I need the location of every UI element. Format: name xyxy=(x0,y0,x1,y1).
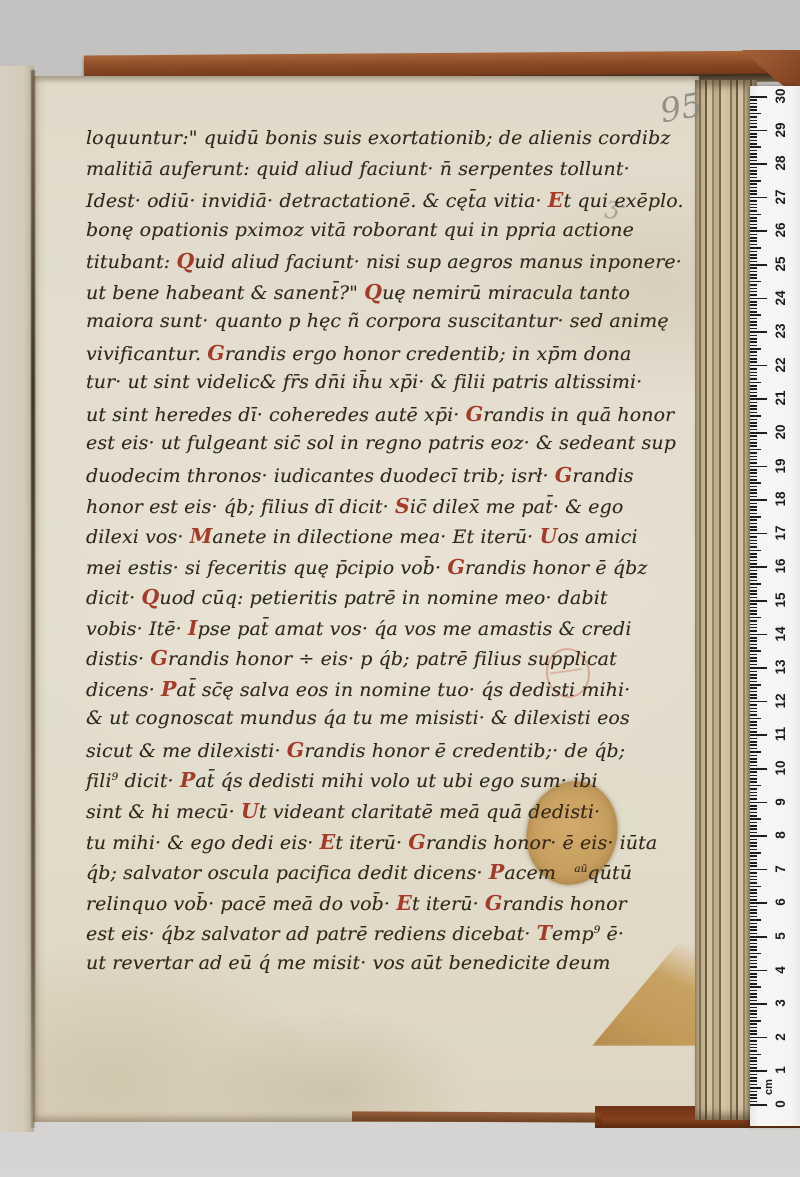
ruler-tick xyxy=(750,435,757,437)
ruler-tick xyxy=(750,889,757,891)
manuscript-line: Idest· odiū· invidiā· detractationē. & c… xyxy=(86,188,666,219)
ruler-tick xyxy=(750,1047,757,1049)
ruler-tick xyxy=(750,513,757,515)
ruler-tick xyxy=(750,711,757,713)
ruler-tick xyxy=(750,251,757,253)
ruler-tick xyxy=(750,724,757,726)
ruler-tick xyxy=(750,976,757,978)
ruler-tick xyxy=(750,802,767,804)
rubric-initial: G xyxy=(485,891,503,915)
text-run: qūtū xyxy=(587,862,632,884)
ruler-tick xyxy=(750,613,757,615)
ruler-tick xyxy=(750,425,757,427)
manuscript-line: ut sint heredes dī· coheredes autē xp̄i·… xyxy=(86,402,666,433)
ruler-tick xyxy=(750,466,767,468)
ruler-tick xyxy=(750,536,757,538)
ruler-tick xyxy=(750,496,757,498)
rubric-initial: U xyxy=(539,524,557,548)
ruler-tick xyxy=(750,701,767,703)
ruler-tick xyxy=(750,351,757,353)
text-run: aū xyxy=(574,863,587,875)
ruler-tick xyxy=(750,523,757,525)
manuscript-line: ut bene habeant & sanent̄?" Quę nemirū m… xyxy=(86,280,666,311)
manuscript-line: titubant: Quid aliud faciunt· nisi sup a… xyxy=(86,249,666,280)
ruler-tick xyxy=(750,415,761,417)
ruler-tick xyxy=(750,876,757,878)
text-run: duodecim thronos· iudicantes duodecī tri… xyxy=(86,465,555,487)
ruler-tick xyxy=(750,180,761,182)
ruler-tick xyxy=(750,254,757,256)
ruler-tick xyxy=(750,382,761,384)
rubric-initial: G xyxy=(207,341,225,365)
ruler-tick xyxy=(750,741,757,743)
ruler-tick xyxy=(750,963,757,965)
ruler-tick xyxy=(750,140,757,142)
ruler-tick xyxy=(750,422,757,424)
ruler-tick xyxy=(750,207,757,209)
ruler-tick xyxy=(750,227,757,229)
ruler-tick xyxy=(750,486,757,488)
ruler-tick xyxy=(750,1077,757,1079)
ruler-tick xyxy=(750,654,757,656)
text-run: anete in dilectione mea· Et iterū· xyxy=(212,526,539,548)
ruler-tick xyxy=(750,765,757,767)
text-run: tu mihi· & ego dedi eis· xyxy=(86,832,320,854)
ruler-tick xyxy=(750,603,757,605)
ruler-tick xyxy=(750,775,757,777)
rubric-initial: P xyxy=(161,677,177,701)
ruler-tick xyxy=(750,173,757,175)
ruler-tick xyxy=(750,556,757,558)
text-run: titubant: xyxy=(86,251,176,273)
ruler-tick xyxy=(750,664,757,666)
text-run: randis in quā honor xyxy=(483,404,674,426)
ruler-tick xyxy=(750,224,757,226)
ruler-tick xyxy=(750,183,757,185)
ruler-tick xyxy=(750,1007,757,1009)
ruler-tick xyxy=(750,697,757,699)
rubric-initial: M xyxy=(190,524,213,548)
ruler-tick xyxy=(750,634,767,636)
ruler-tick xyxy=(750,113,761,115)
ruler-tick xyxy=(750,160,757,162)
ruler-tick xyxy=(750,842,757,844)
book-cover-bottom-sliver xyxy=(352,1111,602,1122)
ruler-tick xyxy=(750,402,757,404)
text-run: randis honor ē credentib;· de q́b; xyxy=(304,740,625,762)
manuscript-line: sint & hi mecū· Ut videant claritatē meā… xyxy=(86,799,666,830)
ruler-tick xyxy=(750,345,757,347)
text-run: honor est eis· q́b; filius dī dicit· xyxy=(86,496,395,518)
folio-number: 95 xyxy=(657,85,705,131)
ruler-tick xyxy=(750,748,757,750)
ruler-tick xyxy=(750,445,757,447)
ruler-tick xyxy=(750,136,757,138)
text-run: emp xyxy=(552,923,594,945)
ruler-tick xyxy=(750,1000,757,1002)
ruler-tick xyxy=(750,190,757,192)
ruler-tick xyxy=(750,361,757,363)
text-run: est eis· ut fulgeant sic̄ sol in regno p… xyxy=(86,432,676,454)
ruler-tick xyxy=(750,204,757,206)
ruler-tick xyxy=(750,298,767,300)
ruler-tick xyxy=(750,607,757,609)
ruler-tick xyxy=(750,627,757,629)
ruler-tick xyxy=(750,671,757,673)
manuscript-line: est eis· ut fulgeant sic̄ sol in regno p… xyxy=(86,432,666,463)
manuscript-line: & ut cognoscat mundus q́a tu me misisti·… xyxy=(86,707,666,738)
rubric-initial: E xyxy=(548,188,564,212)
ruler-tick xyxy=(750,1091,757,1093)
ruler-tick xyxy=(750,314,761,316)
ruler-tick xyxy=(750,324,757,326)
ruler-tick xyxy=(750,328,757,330)
ruler-tick xyxy=(750,388,757,390)
ruler-tick xyxy=(750,872,757,874)
ruler-tick xyxy=(750,257,757,259)
ruler-tick xyxy=(750,758,757,760)
manuscript-line: relinquo vob̄· pacē meā do vob̄· Et iter… xyxy=(86,891,666,922)
ruler-tick xyxy=(750,96,767,98)
ruler-tick xyxy=(750,580,757,582)
ruler-tick xyxy=(750,553,757,555)
ruler-tick xyxy=(750,822,757,824)
ruler-tick xyxy=(750,1010,757,1012)
ruler-tick xyxy=(750,284,757,286)
text-run: t iterū· xyxy=(335,832,408,854)
ruler-tick xyxy=(750,432,767,434)
text-run: malitiā auferunt: quid aliud faciunt· n̄… xyxy=(86,158,630,180)
manuscript-line: bonę opationis pximoz vitā roborant qui … xyxy=(86,219,666,250)
ruler-tick xyxy=(750,1020,761,1022)
ruler-tick xyxy=(750,996,757,998)
ruler-tick xyxy=(750,550,761,552)
ruler-tick xyxy=(750,412,757,414)
rubric-initial: G xyxy=(150,646,168,670)
ruler-tick xyxy=(750,506,757,508)
ruler-tick xyxy=(750,1044,757,1046)
ruler-tick xyxy=(750,879,757,881)
manuscript-line: q́b; salvator oscula pacifica dedit dice… xyxy=(86,860,666,891)
ruler-tick xyxy=(750,600,767,602)
text-run: at̄ q́s dedisti mihi volo ut ubi ego sum… xyxy=(195,770,597,792)
ruler-tick xyxy=(750,456,757,458)
ruler-tick xyxy=(750,469,757,471)
ruler-tick xyxy=(750,892,757,894)
ruler-tick xyxy=(750,637,757,639)
text-run: randis xyxy=(572,465,633,487)
ruler-tick xyxy=(750,311,757,313)
text-run: ic̄ dilex̄ me pat̄· & ego xyxy=(410,496,624,518)
ruler-tick xyxy=(750,492,757,494)
text-run: distis· xyxy=(86,648,150,670)
ruler-tick xyxy=(750,442,757,444)
ruler-tick xyxy=(750,862,757,864)
ruler-tick xyxy=(750,1101,757,1103)
text-run: Idest· odiū· invidiā· detractationē. & c… xyxy=(86,190,548,212)
manuscript-line: dilexi vos· Manete in dilectione mea· Et… xyxy=(86,524,666,555)
ruler-tick xyxy=(750,983,757,985)
rubric-initial: Q xyxy=(141,585,159,609)
ruler-tick xyxy=(750,358,757,360)
ruler-tick xyxy=(750,1057,757,1059)
ruler-tick xyxy=(750,120,757,122)
rubric-initial: G xyxy=(447,555,465,579)
manuscript-line: tu mihi· & ego dedi eis· Et iterū· Grand… xyxy=(86,830,666,861)
ruler-tick xyxy=(750,341,757,343)
ruler-tick xyxy=(750,177,757,179)
text-run: randis honor ÷ eis· p q́b; patrē filius … xyxy=(168,648,617,670)
ruler-tick xyxy=(750,1070,767,1072)
text-run: dicit· xyxy=(118,770,180,792)
ruler-tick xyxy=(750,751,761,753)
ruler-tick xyxy=(750,99,757,101)
ruler-tick xyxy=(750,563,757,565)
text-run: bonę opationis pximoz vitā roborant qui … xyxy=(86,219,634,241)
ruler-tick xyxy=(750,499,767,501)
ruler-tick xyxy=(750,150,757,152)
text-run: vivificantur. xyxy=(86,343,207,365)
ruler-tick xyxy=(750,214,761,216)
manuscript-line: duodecim thronos· iudicantes duodecī tri… xyxy=(86,463,666,494)
ruler-tick xyxy=(750,459,757,461)
manuscript-line: ut revertar ad eū q́ me misit· vos aūt b… xyxy=(86,952,666,983)
ruler-tick xyxy=(750,835,767,837)
ruler-tick xyxy=(750,405,757,407)
ruler-tick xyxy=(750,923,757,925)
ruler-tick xyxy=(750,1003,767,1005)
ruler-tick xyxy=(750,1040,757,1042)
ruler-tick xyxy=(750,960,757,962)
ruler-tick xyxy=(750,533,767,535)
text-run: loquuntur:" quidū bonis suis exortationi… xyxy=(86,127,670,149)
ruler-tick xyxy=(750,919,761,921)
ruler-tick xyxy=(750,667,767,669)
text-run: ut revertar ad eū q́ me misit· vos aūt b… xyxy=(86,952,611,974)
ruler-tick xyxy=(750,479,757,481)
text-run: os amici xyxy=(557,526,637,548)
rubric-initial: U xyxy=(241,799,259,823)
ruler-tick xyxy=(750,721,757,723)
ruler-tick xyxy=(750,956,757,958)
ruler-tick xyxy=(750,768,767,770)
ruler-tick xyxy=(750,990,757,992)
manuscript-line: vivificantur. Grandis ergo honor credent… xyxy=(86,341,666,372)
ruler-tick xyxy=(750,187,757,189)
text-run: dilexi vos· xyxy=(86,526,190,548)
manuscript-line: malitiā auferunt: quid aliud faciunt· n̄… xyxy=(86,158,666,189)
rubric-initial: E xyxy=(396,891,412,915)
ruler-tick xyxy=(750,163,767,165)
ruler-tick xyxy=(750,123,757,125)
ruler-tick xyxy=(750,267,757,269)
ruler-tick xyxy=(750,449,761,451)
ruler-tick xyxy=(750,714,757,716)
ruler-tick xyxy=(750,220,757,222)
ruler-tick xyxy=(750,728,757,730)
ruler-tick xyxy=(750,755,757,757)
text-run: ut sint heredes dī· coheredes autē xp̄i· xyxy=(86,404,466,426)
ruler-tick xyxy=(750,677,757,679)
ruler-tick xyxy=(750,936,767,938)
ruler-tick xyxy=(750,704,757,706)
ruler-tick xyxy=(750,331,767,333)
manuscript-photo: 95 ʒ· loquuntur:" quidū bonis suis exort… xyxy=(0,0,800,1177)
manuscript-line: distis· Grandis honor ÷ eis· p q́b; patr… xyxy=(86,646,666,677)
manuscript-line: tur· ut sint videlic& fr̄s dn̄i ih̄u xp̄… xyxy=(86,371,666,402)
ruler-tick xyxy=(750,398,767,400)
manuscript-line: honor est eis· q́b; filius dī dicit· Sic… xyxy=(86,494,666,525)
ruler-tick xyxy=(750,153,757,155)
text-run: at̄ sc̄ę salva eos in nomine tuo· q́s de… xyxy=(177,679,631,701)
text-run: relinquo vob̄· pacē meā do vob̄· xyxy=(86,893,396,915)
ruler-tick xyxy=(750,395,757,397)
ruler-tick xyxy=(750,943,757,945)
ruler-tick xyxy=(750,926,757,928)
ruler-tick xyxy=(750,845,757,847)
text-run: t videant claritatē meā quā dedisti· xyxy=(259,801,600,823)
ruler-tick xyxy=(750,1087,761,1089)
ruler-tick xyxy=(750,143,757,145)
ruler-tick xyxy=(750,986,761,988)
rubric-initial: S xyxy=(395,494,410,518)
ruler-tick xyxy=(750,408,757,410)
ruler-tick xyxy=(750,230,767,232)
ruler-tick xyxy=(750,281,761,283)
manuscript-line: fili9 dicit· Pat̄ q́s dedisti mihi volo … xyxy=(86,768,666,799)
rubric-initial: E xyxy=(320,830,336,854)
ruler-tick xyxy=(750,966,757,968)
rubric-initial: G xyxy=(555,463,573,487)
ruler-tick xyxy=(750,106,757,108)
text-run: uid aliud faciunt· nisi sup aegros manus… xyxy=(194,251,682,273)
ruler-tick xyxy=(750,839,757,841)
ruler-tick xyxy=(750,1064,757,1066)
ruler: 0123456789101112131415161718192021222324… xyxy=(750,86,800,1126)
ruler-tick xyxy=(750,761,757,763)
ruler-tick xyxy=(750,529,757,531)
ruler-tick xyxy=(750,274,757,276)
ruler-tick xyxy=(750,933,757,935)
manuscript-line: dicens· Pat̄ sc̄ę salva eos in nomine tu… xyxy=(86,677,666,708)
ruler-tick xyxy=(750,1074,757,1076)
ruler-tick xyxy=(750,1017,757,1019)
ruler-tick xyxy=(750,1033,757,1035)
ruler-tick xyxy=(750,566,767,568)
ruler-tick xyxy=(750,808,757,810)
ruler-tick xyxy=(750,828,757,830)
ruler-tick xyxy=(750,1060,757,1062)
text-run: t qui exēplo. xyxy=(564,190,684,212)
ruler-tick xyxy=(750,620,757,622)
ruler-tick xyxy=(750,244,757,246)
ruler-tick xyxy=(750,855,757,857)
text-run: est eis· q́bz salvator ad patrē rediens … xyxy=(86,923,537,945)
ruler-tick xyxy=(750,335,757,337)
text-run: sicut & me dilexisti· xyxy=(86,740,287,762)
ruler-tick xyxy=(750,503,757,505)
ruler-tick xyxy=(750,234,757,236)
ruler-tick xyxy=(750,812,757,814)
rubric-initial: I xyxy=(188,616,198,640)
ruler-tick xyxy=(750,886,761,888)
rubric-initial: Q xyxy=(364,280,382,304)
ruler-tick xyxy=(750,240,757,242)
ruler-tick xyxy=(750,261,757,263)
manuscript-line: est eis· q́bz salvator ad patrē rediens … xyxy=(86,921,666,952)
ruler-tick xyxy=(750,771,757,773)
ruler-tick xyxy=(750,1054,761,1056)
ruler-tick xyxy=(750,247,761,249)
ruler-tick xyxy=(750,674,757,676)
manuscript-line: sicut & me dilexisti· Grandis honor ē cr… xyxy=(86,738,666,769)
ruler-tick xyxy=(750,718,761,720)
text-run: uę nemirū miracula tanto xyxy=(382,282,630,304)
ruler-tick xyxy=(750,126,757,128)
ruler-tick xyxy=(750,472,757,474)
ruler-tick xyxy=(750,304,757,306)
ruler-tick xyxy=(750,825,757,827)
ruler-tick xyxy=(750,519,757,521)
text-run: dicens· xyxy=(86,679,161,701)
text-run: sint & hi mecū· xyxy=(86,801,241,823)
ruler-tick xyxy=(750,452,757,454)
ruler-tick xyxy=(750,644,757,646)
ruler-tick xyxy=(750,348,761,350)
ruler-tick xyxy=(750,781,757,783)
ruler-tick xyxy=(750,294,757,296)
text-run: maiora sunt· quanto p hęc ñ corpora susc… xyxy=(86,310,669,332)
ruler-tick xyxy=(750,288,757,290)
ruler-tick xyxy=(750,543,757,545)
ruler-tick xyxy=(750,859,757,861)
ruler-tick xyxy=(750,906,757,908)
ruler-tick xyxy=(750,657,757,659)
ruler-tick xyxy=(750,355,757,357)
ruler-tick xyxy=(750,321,757,323)
ruler-tick xyxy=(750,291,757,293)
ruler-tick xyxy=(750,1084,757,1086)
text-run: ē· xyxy=(600,923,624,945)
ruler-tick xyxy=(750,865,757,867)
ruler-tick xyxy=(750,738,757,740)
rubric-initial: P xyxy=(180,768,196,792)
text-run: vobis· Itē· xyxy=(86,618,188,640)
rubric-initial: P xyxy=(489,860,505,884)
ruler-tick xyxy=(750,1067,757,1069)
ruler-tick xyxy=(750,167,757,169)
ruler-tick xyxy=(750,1050,757,1052)
gutter-crease xyxy=(31,70,35,1128)
rubric-initial: G xyxy=(408,830,426,854)
ruler-tick xyxy=(750,993,757,995)
ruler-tick xyxy=(750,372,757,374)
ruler-tick xyxy=(750,691,757,693)
ruler-tick xyxy=(750,489,757,491)
text-run: pse pat̄ amat vos· q́a vos me amastis & … xyxy=(198,618,632,640)
ruler-tick xyxy=(750,277,757,279)
manuscript-line: dicit· Quod cūq: petieritis patrē in nom… xyxy=(86,585,666,616)
ruler-tick xyxy=(750,788,757,790)
ruler-tick xyxy=(750,795,757,797)
ruler-tick xyxy=(750,308,757,310)
ruler-tick xyxy=(750,909,757,911)
ruler-tick xyxy=(750,597,757,599)
ruler-tick xyxy=(750,237,757,239)
ruler-tick xyxy=(750,590,757,592)
text-run: randis honor xyxy=(503,893,627,915)
ruler-tick xyxy=(750,573,757,575)
